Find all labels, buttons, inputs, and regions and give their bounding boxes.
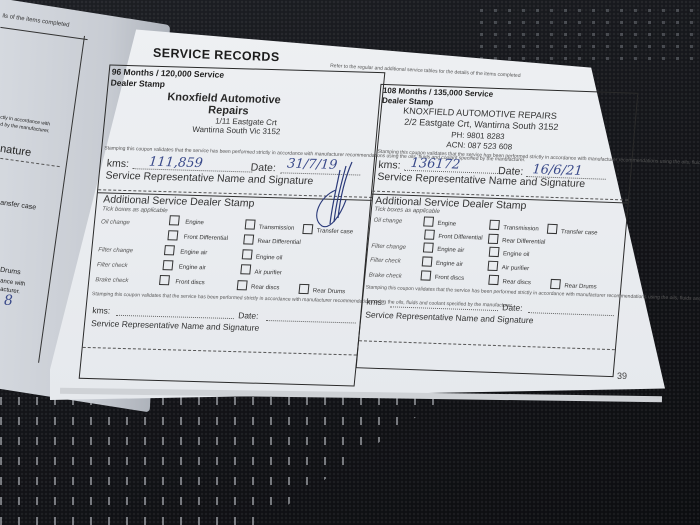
category-filter-check: Filter check (97, 262, 128, 269)
checkbox-engine-oil[interactable] (242, 249, 253, 259)
option-transmission: Transmission (503, 225, 539, 232)
checkbox-rear-drums[interactable] (298, 284, 309, 294)
option-front-discs: Front discs (434, 275, 464, 282)
checkbox-engine[interactable] (169, 215, 180, 225)
kms-value[interactable]: 136172 (410, 156, 461, 173)
category-brake-check: Brake check (368, 273, 402, 280)
checkbox-transfer-case[interactable] (547, 224, 558, 234)
checkbox-rear-discs[interactable] (488, 275, 499, 285)
date-label: Date: (250, 162, 276, 175)
option-engine-oil: Engine oil (256, 255, 283, 262)
stamp-phone: PH: 9801 8283 (451, 130, 505, 141)
option-engine-air-check: Engine air (178, 265, 206, 272)
option-transfer-case: Transfer case (561, 229, 598, 236)
service-coupon-108-months: 108 Months / 135,000 Service Dealer Stam… (356, 84, 639, 377)
option-front-differential: Front Differential (438, 234, 483, 242)
checkbox-front-discs[interactable] (420, 270, 431, 280)
option-transmission: Transmission (259, 225, 295, 232)
checkbox-engine[interactable] (423, 216, 434, 226)
option-rear-drums: Rear Drums (312, 288, 345, 295)
dealer-stamp-label: Dealer Stamp (110, 78, 165, 89)
category-filter-change: Filter change (98, 247, 133, 254)
option-rear-differential: Rear Differential (257, 239, 301, 246)
checkbox-engine-air-check[interactable] (162, 260, 173, 270)
category-filter-check: Filter check (370, 258, 401, 265)
page-number: 39 (617, 371, 627, 381)
stamp-acn: ACN: 087 523 608 (446, 140, 513, 151)
bottom-divider (359, 340, 615, 350)
additional-date-line (266, 320, 356, 324)
checkbox-rear-drums[interactable] (550, 279, 561, 289)
option-rear-discs: Rear discs (251, 285, 280, 292)
option-engine-air: Engine air (437, 247, 465, 254)
category-filter-change: Filter change (371, 244, 406, 251)
tick-note: Tick boxes as applicable (374, 207, 440, 215)
checkbox-transmission[interactable] (245, 219, 256, 229)
checkbox-rear-differential[interactable] (243, 234, 254, 244)
checkbox-air-purifier[interactable] (487, 261, 498, 271)
option-front-discs: Front discs (175, 279, 205, 286)
kms-label: kms: (106, 157, 129, 170)
seat-pattern-top (480, 0, 700, 60)
left-handwritten: 8 (4, 293, 13, 309)
checkbox-front-differential[interactable] (167, 230, 178, 240)
additional-signature-label: Service Representative Name and Signatur… (91, 318, 260, 333)
bottom-divider (83, 347, 357, 356)
additional-kms-label: kms: (366, 297, 385, 308)
checkbox-engine-air-check[interactable] (422, 256, 433, 266)
option-rear-discs: Rear discs (502, 279, 531, 286)
signature-scribble (300, 160, 360, 230)
tick-note: Tick boxes as applicable (102, 206, 168, 214)
option-front-differential: Front Differential (183, 235, 228, 242)
kms-value[interactable]: 111,859 (148, 155, 203, 171)
stamp-name-line2: Repairs (208, 104, 250, 117)
additional-date-line (528, 312, 614, 316)
additional-date-label: Date: (238, 310, 259, 321)
checkbox-engine-oil[interactable] (489, 247, 500, 257)
option-engine-oil: Engine oil (503, 251, 530, 258)
checkbox-air-purifier[interactable] (240, 264, 251, 274)
option-engine: Engine (185, 220, 204, 227)
category-oil-change: Oil change (373, 218, 402, 225)
option-rear-drums: Rear Drums (564, 283, 597, 290)
option-air-purifier: Air purifier (254, 270, 282, 277)
additional-date-label: Date: (502, 302, 523, 313)
option-engine-air-check: Engine air (436, 261, 464, 268)
checkbox-rear-differential[interactable] (488, 234, 499, 244)
option-engine-air: Engine air (180, 250, 208, 257)
checkbox-engine-air[interactable] (423, 242, 434, 252)
checkbox-rear-discs[interactable] (237, 280, 248, 290)
additional-kms-label: kms: (92, 305, 111, 315)
checkbox-front-discs[interactable] (159, 275, 170, 285)
category-oil-change: Oil change (101, 219, 130, 226)
checkbox-front-differential[interactable] (424, 229, 435, 239)
checkbox-engine-air[interactable] (164, 245, 175, 255)
category-brake-check: Brake check (95, 277, 129, 284)
option-engine: Engine (437, 221, 456, 228)
checkbox-transmission[interactable] (489, 220, 500, 230)
option-air-purifier: Air purifier (501, 265, 529, 272)
option-rear-differential: Rear Differential (502, 238, 546, 245)
stamp-address2: Wantirna South Vic 3152 (192, 125, 281, 136)
kms-label: kms: (378, 159, 401, 172)
